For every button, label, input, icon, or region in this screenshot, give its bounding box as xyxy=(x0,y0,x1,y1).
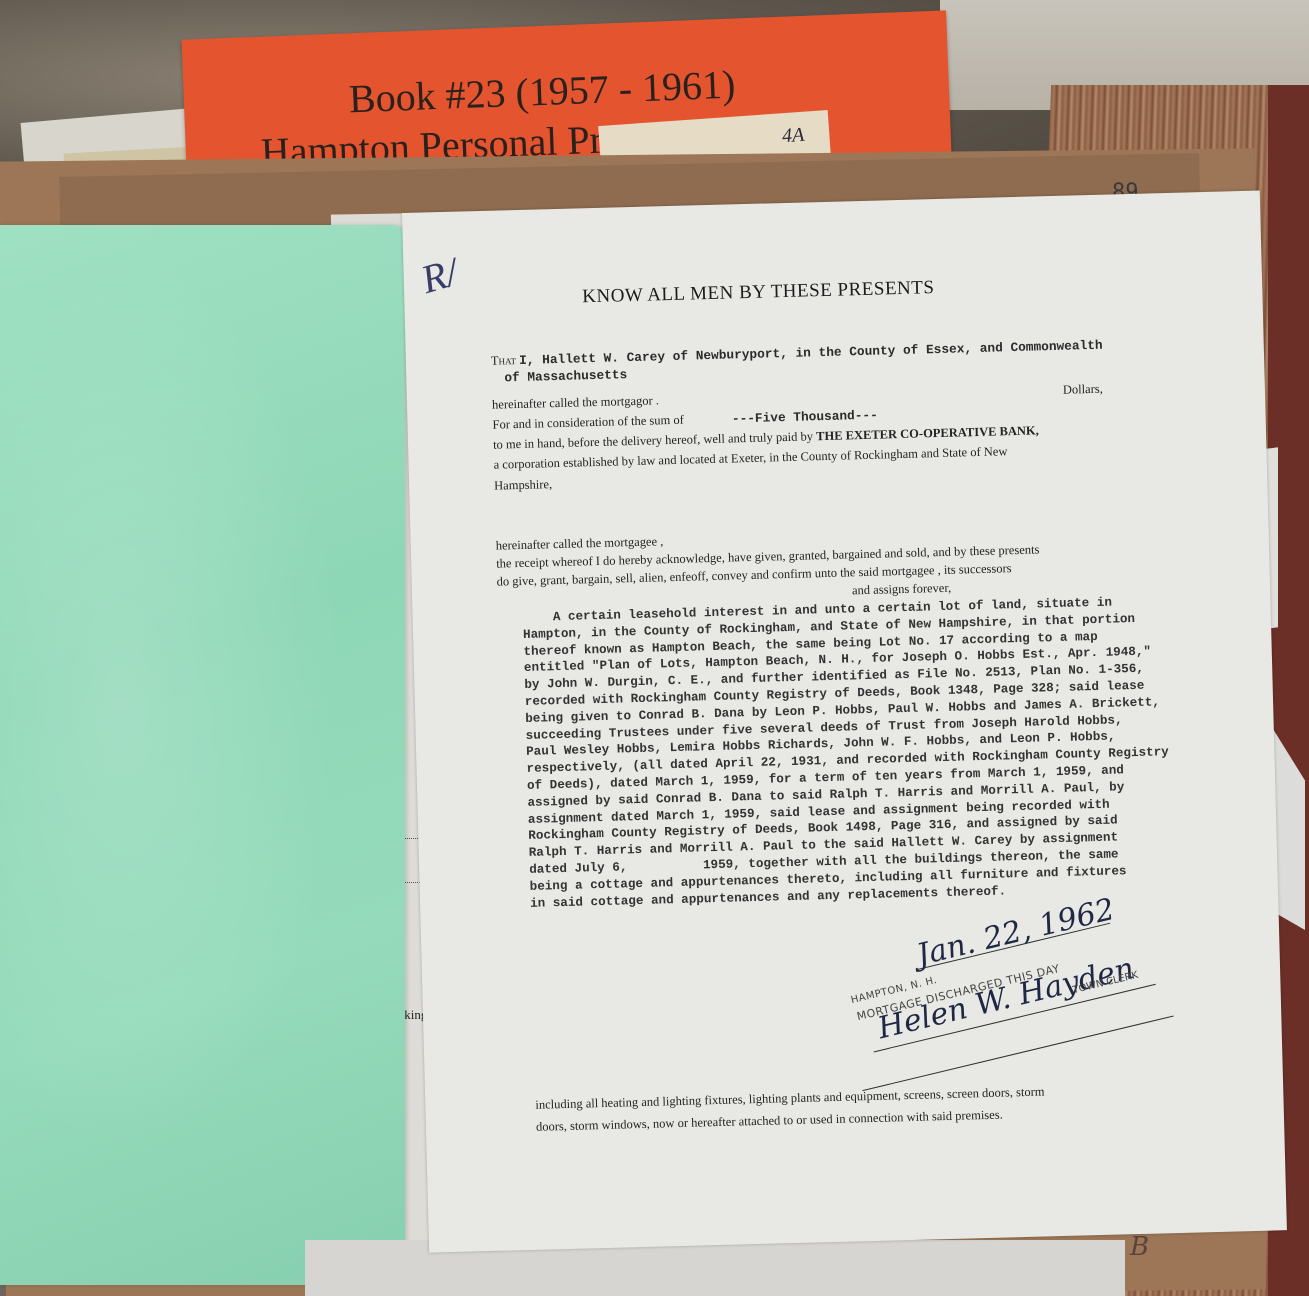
deed-title: KNOW ALL MEN BY THESE PRESENTS xyxy=(582,277,935,308)
grantor-line-2: of Massachusetts xyxy=(504,367,627,385)
dollars-label: Dollars, xyxy=(1063,382,1103,398)
paid-line-prefix: to me in hand, before the delivery hereo… xyxy=(493,429,813,451)
deed-page: R/ KNOW ALL MEN BY THESE PRESENTS That I… xyxy=(402,191,1287,1253)
corporation-line-2: Hampshire, xyxy=(494,477,552,494)
discharge-stamp: Jan. 22, 1962 HAMPTON, N. H. MORTGAGE DI… xyxy=(841,882,1185,1093)
handwritten-initials: R/ xyxy=(416,248,463,303)
fixtures-line-2: doors, storm windows, now or hereafter a… xyxy=(536,1108,1003,1135)
sum-typed: ---Five Thousand--- xyxy=(732,408,878,427)
assigns-line: and assigns forever, xyxy=(852,581,951,599)
that-label: That xyxy=(491,353,516,368)
grantee-name: THE EXETER CO-OPERATIVE BANK, xyxy=(816,423,1039,443)
grantor-line: That I, Hallett W. Carey of Newburyport,… xyxy=(491,338,1103,369)
mortgagee-line: hereinafter called the mortgagee , xyxy=(496,534,664,553)
typed-property-description: A certain leasehold interest in and unto… xyxy=(522,593,1172,912)
bottom-sheet xyxy=(305,1240,1125,1296)
green-cover-sheet xyxy=(0,225,405,1285)
note-mark: 4A xyxy=(781,124,805,148)
consideration-label: For and in consideration of the sum of xyxy=(492,413,684,432)
handwritten-margin: B xyxy=(1130,1232,1149,1262)
grantor-text: I, Hallett W. Carey of Newburyport, in t… xyxy=(519,338,1103,368)
mortgagor-line: hereinafter called the mortgagor . xyxy=(492,393,659,412)
